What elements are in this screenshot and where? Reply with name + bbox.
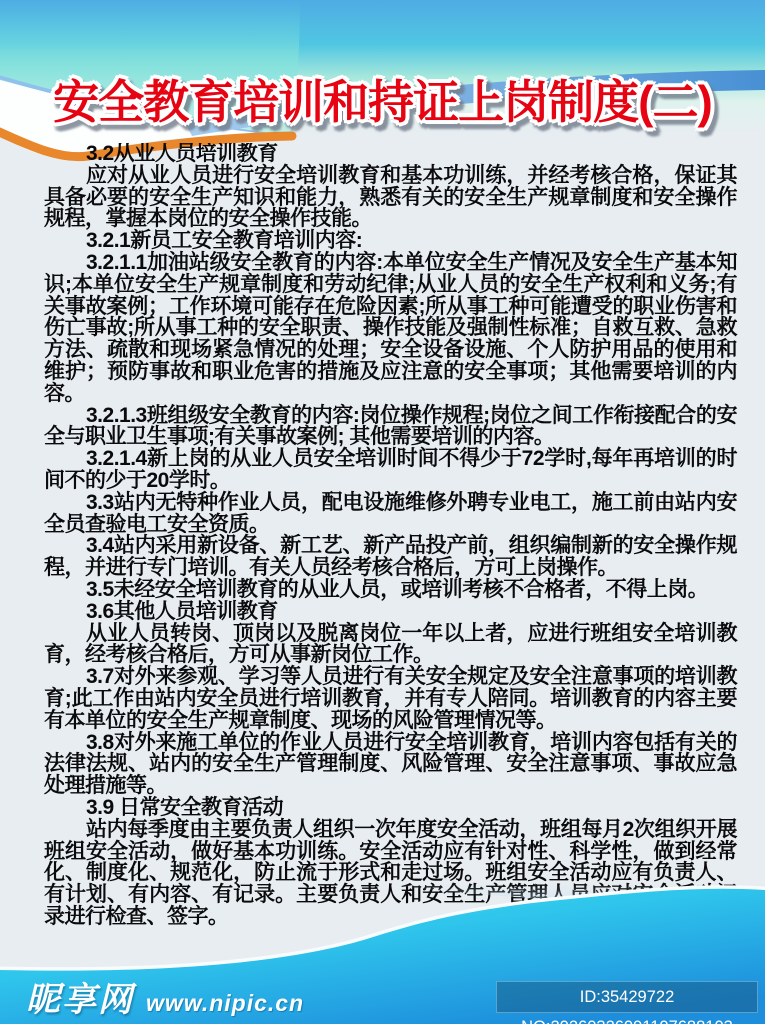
paragraph-3-3: 3.3站内无特种作业人员，配电设施维修外聘专业电工，施工前由站内安全员查验电工安… <box>44 492 737 536</box>
watermark-logo: 昵享网 <box>26 972 134 1021</box>
watermark: 昵享网 www.nipic.cn <box>26 972 304 1021</box>
paragraph-3-5: 3.5未经安全培训教育的从业人员，或培训考核不合格者，不得上岗。 <box>44 579 737 601</box>
body-text-block: 3.2从业人员培训教育 应对从业人员进行安全培训教育和基本功训练，并经考核合格，… <box>0 143 765 973</box>
paragraph-3-7: 3.7对外来参观、学习等人员进行有关安全规定及安全注意事项的培训教育;此工作由站… <box>44 666 737 731</box>
heading-3-2-1: 3.2.1新员工安全教育培训内容: <box>44 230 737 252</box>
paragraph-3-2-1-1: 3.2.1.1加油站级安全教育的内容:本单位安全生产情况及安全生产基本知识;本单… <box>44 252 737 405</box>
paragraph-3-6: 从业人员转岗、顶岗以及脱离岗位一年以上者，应进行班组安全培训教育，经考核合格后，… <box>44 623 737 667</box>
paragraph-3-2-1-4: 3.2.1.4新上岗的从业人员安全培训时间不得少于72学时,每年再培训的时间不的… <box>44 448 737 492</box>
heading-3-6: 3.6其他人员培训教育 <box>44 601 737 623</box>
watermark-url: www.nipic.cn <box>146 990 304 1017</box>
paragraph-3-2-1-3: 3.2.1.3班组级安全教育的内容:岗位操作规程;岗位之间工作衔接配合的安全与职… <box>44 405 737 449</box>
stock-id-badge: ID:35429722 NO:20260326091107688103 <box>496 981 758 1013</box>
paragraph-3-8: 3.8对外来施工单位的作业人员进行安全培训教育，培训内容包括有关的法律法规、站内… <box>44 732 737 797</box>
page-title: 安全教育培训和持证上岗制度(二) <box>0 66 765 132</box>
heading-3-2: 3.2从业人员培训教育 <box>44 143 737 165</box>
paragraph-3-2: 应对从业人员进行安全培训教育和基本功训练，并经考核合格，保证其具备必要的安全生产… <box>44 165 737 230</box>
heading-3-9: 3.9 日常安全教育活动 <box>44 797 737 819</box>
paragraph-3-4: 3.4站内采用新设备、新工艺、新产品投产前，组织编制新的安全操作规程，并进行专门… <box>44 535 737 579</box>
safety-education-poster: 安全教育培训和持证上岗制度(二) 3.2从业人员培训教育 应对从业人员进行安全培… <box>0 0 765 1024</box>
